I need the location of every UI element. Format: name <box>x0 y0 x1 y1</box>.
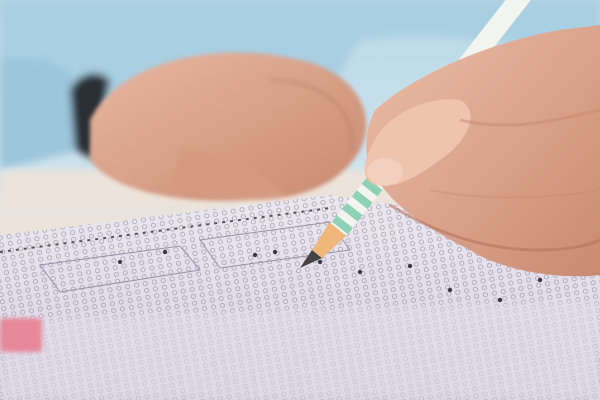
paper-clip <box>0 318 42 352</box>
photo-scene <box>0 0 600 400</box>
photo-illustration <box>0 0 600 400</box>
